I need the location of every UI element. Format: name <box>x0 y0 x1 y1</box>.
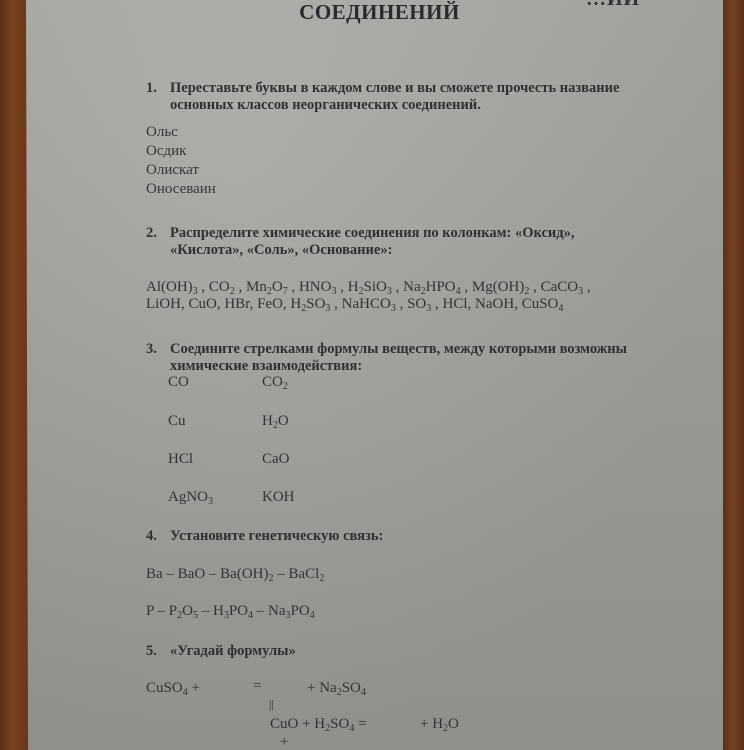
task1-number: 1. <box>146 80 170 97</box>
wooden-frame-right <box>720 0 744 750</box>
task3-right-formula: H2O <box>262 413 289 430</box>
genetic-chain-phosphorus: P – P2O5 – H3PO4 – Na3PO4 <box>146 603 315 620</box>
wooden-frame-left <box>0 0 28 750</box>
equation3-partial: + <box>280 734 288 750</box>
task3-left-formula: AgNO3 <box>168 489 213 506</box>
task3-left-formula: Cu <box>168 413 186 430</box>
compounds-line1: Al(OH)3 , CO2 , Mn2O7 , HNO3 , H2SiO3 , … <box>146 279 591 296</box>
genetic-chain-barium: Ba – BaO – Ba(OH)2 – BaCl2 <box>146 566 324 583</box>
task3-text-line2: химические взаимодействия: <box>146 358 362 374</box>
task3-right-formula: CaO <box>262 451 290 468</box>
task4-number: 4. <box>146 528 170 545</box>
task1-text-line2: основных классов неорганических соединен… <box>146 97 481 113</box>
worksheet-paper: …ИИ СОЕДИНЕНИЙ 1.Переставьте буквы в каж… <box>26 0 723 750</box>
task3-question: 3.Соедините стрелками формулы веществ, м… <box>146 341 627 375</box>
task2-text-line1: Распределите химические соединения по ко… <box>170 225 575 241</box>
task2-number: 2. <box>146 225 170 242</box>
task1-question: 1.Переставьте буквы в каждом слове и вы … <box>146 80 619 114</box>
task3-left-formula: HCl <box>168 451 193 468</box>
task2-text-line2: «Кислота», «Соль», «Основание»: <box>146 242 392 258</box>
task3-number: 3. <box>146 341 170 358</box>
scrambled-word: Осдик <box>146 142 216 161</box>
task1-words-list: Ольс Осдик Олискат Оносеваин <box>146 123 216 199</box>
task2-question: 2.Распределите химические соединения по … <box>146 225 575 259</box>
equation2-left: CuO + H2SO4 = <box>270 716 367 733</box>
task3-left-formula: CO <box>168 374 189 391</box>
task5-question: 5.«Угадай формулы» <box>146 643 296 660</box>
task3-right-formula: CO2 <box>262 374 288 391</box>
equation1-left: CuSO4 + <box>146 680 200 697</box>
task2-compounds: Al(OH)3 , CO2 , Mn2O7 , HNO3 , H2SiO3 , … <box>146 279 591 313</box>
task4-text: Установите генетическую связь: <box>170 528 383 544</box>
equation1-equals: = <box>253 678 261 695</box>
equation1-right: + Na2SO4 <box>307 680 366 697</box>
task4-question: 4.Установите генетическую связь: <box>146 528 383 545</box>
task3-text-line1: Соедините стрелками формулы веществ, меж… <box>170 341 627 357</box>
task3-right-formula: KOH <box>262 489 295 506</box>
equation2-right: + H2O <box>420 716 459 733</box>
task5-text: «Угадай формулы» <box>170 643 296 659</box>
scrambled-word: Ольс <box>146 123 216 142</box>
page-title: СОЕДИНЕНИЙ <box>26 0 723 25</box>
task5-number: 5. <box>146 643 170 660</box>
scrambled-word: Олискат <box>146 161 216 180</box>
task1-text-line1: Переставьте буквы в каждом слове и вы см… <box>170 80 619 96</box>
double-bar: || <box>269 697 274 712</box>
scrambled-word: Оносеваин <box>146 180 216 199</box>
compounds-line2: LiOH, CuO, HBr, FeO, H2SO3 , NaHCO3 , SO… <box>146 296 591 313</box>
